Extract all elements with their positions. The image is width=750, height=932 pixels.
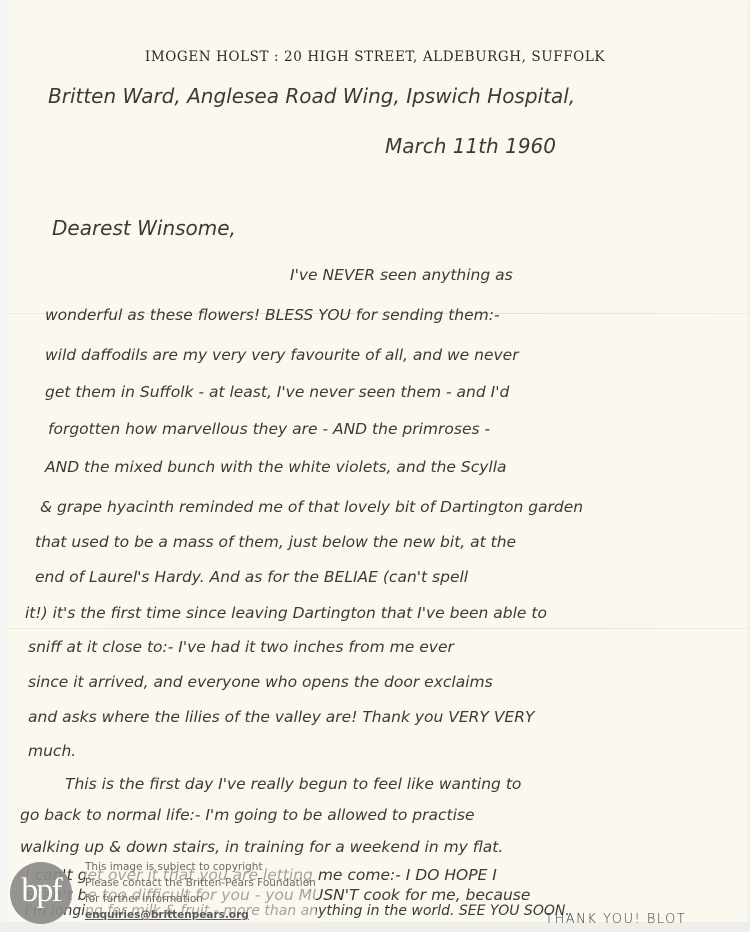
- contact-line: Please contact the Britten-Pears Foundat…: [85, 875, 316, 891]
- letter-line: I've NEVER seen anything as: [290, 266, 513, 284]
- scan-left-margin: [0, 0, 8, 932]
- letter-line: sniff at it close to:- I've had it two i…: [28, 638, 454, 656]
- info-line: for further information: [85, 891, 316, 907]
- contact-email-link[interactable]: enquiries@brittenpears.org: [85, 907, 316, 923]
- copyright-line: This image is subject to copyright: [85, 859, 316, 875]
- bpf-logo-text: bpf: [21, 872, 60, 910]
- salutation: Dearest Winsome,: [52, 216, 236, 240]
- letter-line: since it arrived, and everyone who opens…: [28, 673, 493, 691]
- letterhead: IMOGEN HOLST : 20 HIGH STREET, ALDEBURGH…: [0, 49, 750, 65]
- letter-line: wild daffodils are my very very favourit…: [45, 346, 519, 364]
- letter-date: March 11th 1960: [385, 134, 556, 158]
- letter-line: walking up & down stairs, in training fo…: [20, 838, 503, 856]
- address-line: Britten Ward, Anglesea Road Wing, Ipswic…: [48, 84, 575, 108]
- letter-line: that used to be a mass of them, just bel…: [35, 533, 516, 551]
- letter-line: go back to normal life:- I'm going to be…: [20, 806, 475, 824]
- letter-line: & grape hyacinth reminded me of that lov…: [40, 498, 583, 516]
- copyright-notice: This image is subject to copyright Pleas…: [85, 859, 316, 923]
- letter-line: This is the first day I've really begun …: [65, 775, 521, 793]
- letter-line: it!) it's the first time since leaving D…: [25, 604, 547, 622]
- letter-line: forgotten how marvellous they are - AND …: [48, 420, 490, 438]
- letter-line: much.: [28, 742, 76, 760]
- letter-signoff: THANK YOU! BLOT: [545, 912, 686, 927]
- bpf-logo: bpf: [10, 862, 72, 924]
- letter-line: get them in Suffolk - at least, I've nev…: [45, 383, 509, 401]
- letter-line: wonderful as these flowers! BLESS YOU fo…: [45, 306, 500, 324]
- letter-line: end of Laurel's Hardy. And as for the BE…: [35, 568, 468, 586]
- fold-crease: [8, 628, 750, 629]
- letter-line: AND the mixed bunch with the white viole…: [45, 458, 507, 476]
- letter-line: and asks where the lilies of the valley …: [28, 708, 534, 726]
